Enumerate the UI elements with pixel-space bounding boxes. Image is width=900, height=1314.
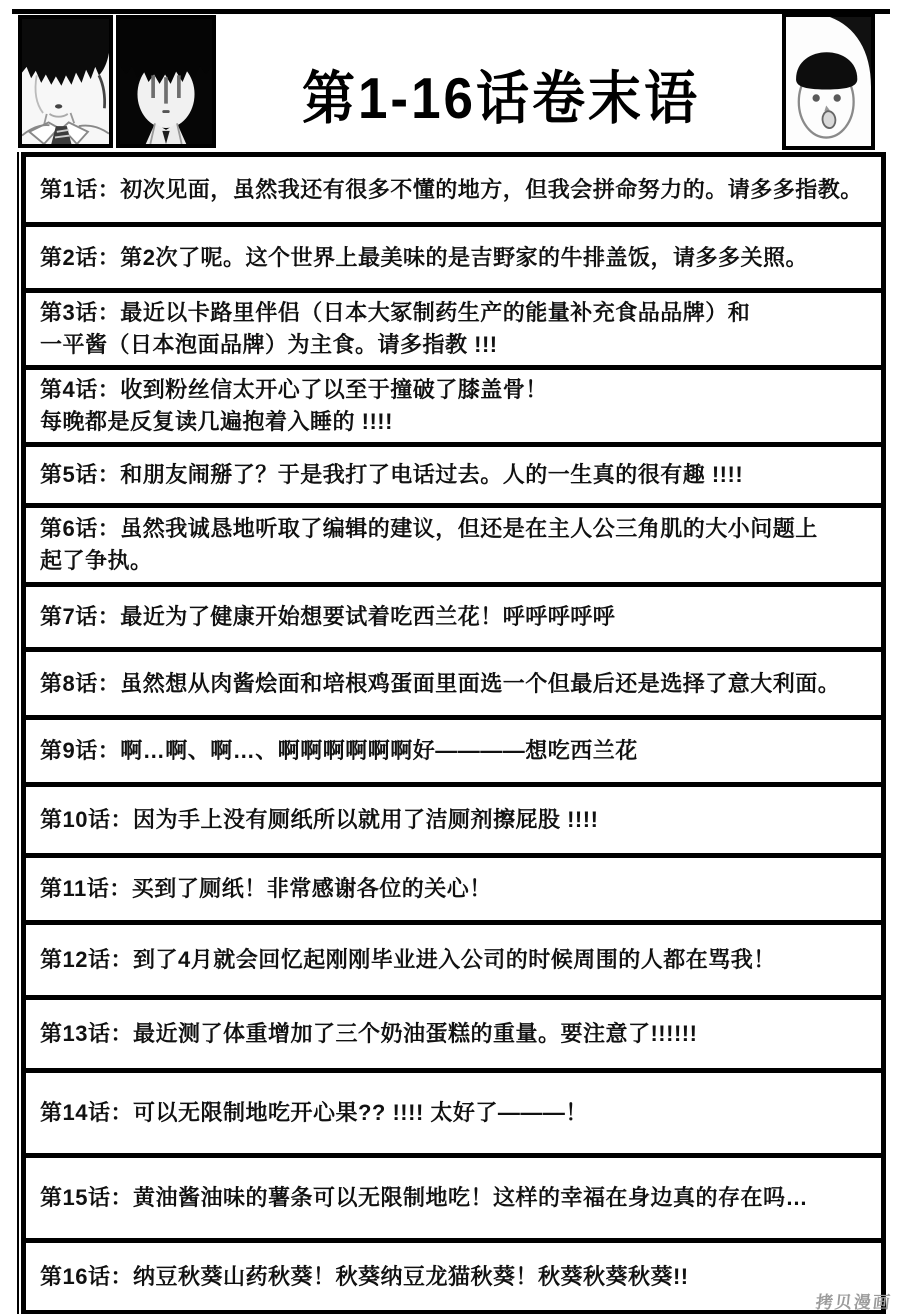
chapter-8-row: 第8话：虽然想从肉酱烩面和培根鸡蛋面里面选一个但最后还是选择了意大利面。 [21,647,886,720]
chapter-5-text: 第5话：和朋友闹掰了？于是我打了电话过去。人的一生真的很有趣 !!!! [40,459,743,491]
chapter-14-text: 第14话：可以无限制地吃开心果?? !!!! 太好了———！ [40,1097,588,1129]
chapter-1-text: 第1话：初次见面，虽然我还有很多不懂的地方，但我会拼命努力的。请多多指教。 [40,174,863,206]
chapter-16-text: 第16话：纳豆秋葵山药秋葵！秋葵纳豆龙猫秋葵！秋葵秋葵秋葵!! [40,1261,689,1293]
chapter-5-row: 第5话：和朋友闹掰了？于是我打了电话过去。人的一生真的很有趣 !!!! [21,442,886,508]
mob-portrait-front-icon [116,15,216,148]
mob-doodle-drawing [786,17,871,146]
chapter-10-text: 第10话：因为手上没有厕纸所以就用了洁厕剂擦屁股 !!!! [40,804,598,836]
header: 第1-16话卷末语 [0,0,900,152]
mob-portrait-side-drawing [22,19,109,144]
chapter-16-row: 第16话：纳豆秋葵山药秋葵！秋葵纳豆龙猫秋葵！秋葵秋葵秋葵!! [21,1238,886,1314]
chapter-10-row: 第10话：因为手上没有厕纸所以就用了洁厕剂擦屁股 !!!! [21,782,886,858]
chapter-7-row: 第7话：最近为了健康开始想要试着吃西兰花！呼呼呼呼呼 [21,582,886,652]
chapter-13-text: 第13话：最近测了体重增加了三个奶油蛋糕的重量。要注意了!!!!!! [40,1018,697,1050]
chapter-12-row: 第12话：到了4月就会回忆起刚刚毕业进入公司的时候周围的人都在骂我！ [21,920,886,1000]
chapter-8-text: 第8话：虽然想从肉酱烩面和培根鸡蛋面里面选一个但最后还是选择了意大利面。 [40,668,840,700]
chapter-15-text: 第15话：黄油酱油味的薯条可以无限制地吃！这样的幸福在身边真的存在吗… [40,1182,808,1214]
mob-portrait-side-icon [18,15,113,148]
chapter-14-row: 第14话：可以无限制地吃开心果?? !!!! 太好了———！ [21,1068,886,1158]
mob-doodle-icon [782,13,875,150]
afterword-table: 第1话：初次见面，虽然我还有很多不懂的地方，但我会拼命努力的。请多多指教。 第2… [17,152,886,1314]
chapter-2-row: 第2话：第2次了呢。这个世界上最美味的是吉野家的牛排盖饭，请多多关照。 [21,222,886,293]
chapter-7-text: 第7话：最近为了健康开始想要试着吃西兰花！呼呼呼呼呼 [40,601,615,633]
chapter-6-row: 第6话：虽然我诚恳地听取了编辑的建议，但还是在主人公三角肌的大小问题上 起了争执… [21,503,886,587]
chapter-15-row: 第15话：黄油酱油味的薯条可以无限制地吃！这样的幸福在身边真的存在吗… [21,1153,886,1243]
mob-portrait-front-drawing [120,19,212,144]
header-top-border [12,9,890,14]
watermark: 拷贝漫画 [815,1288,894,1313]
chapter-11-row: 第11话：买到了厕纸！非常感谢各位的关心！ [21,853,886,925]
chapter-9-text: 第9话：啊…啊、啊…、啊啊啊啊啊啊好————想吃西兰花 [40,735,638,767]
chapter-6-text: 第6话：虽然我诚恳地听取了编辑的建议，但还是在主人公三角肌的大小问题上 起了争执… [40,513,818,577]
chapter-3-text: 第3话：最近以卡路里伴侣（日本大冢制药生产的能量补充食品品牌）和 一平酱（日本泡… [40,297,750,361]
chapter-11-text: 第11话：买到了厕纸！非常感谢各位的关心！ [40,873,492,905]
chapter-2-text: 第2话：第2次了呢。这个世界上最美味的是吉野家的牛排盖饭，请多多关照。 [40,242,808,274]
chapter-13-row: 第13话：最近测了体重增加了三个奶油蛋糕的重量。要注意了!!!!!! [21,995,886,1073]
chapter-12-text: 第12话：到了4月就会回忆起刚刚毕业进入公司的时候周围的人都在骂我！ [40,944,776,976]
chapter-4-row: 第4话：收到粉丝信太开心了以至于撞破了膝盖骨！ 每晚都是反复读几遍抱着入睡的 !… [21,365,886,447]
page-title: 第1-16话卷末语 [222,53,780,135]
chapter-4-text: 第4话：收到粉丝信太开心了以至于撞破了膝盖骨！ 每晚都是反复读几遍抱着入睡的 !… [40,374,548,438]
chapter-1-row: 第1话：初次见面，虽然我还有很多不懂的地方，但我会拼命努力的。请多多指教。 [21,152,886,227]
chapter-9-row: 第9话：啊…啊、啊…、啊啊啊啊啊啊好————想吃西兰花 [21,715,886,787]
chapter-3-row: 第3话：最近以卡路里伴侣（日本大冢制药生产的能量补充食品品牌）和 一平酱（日本泡… [21,288,886,370]
